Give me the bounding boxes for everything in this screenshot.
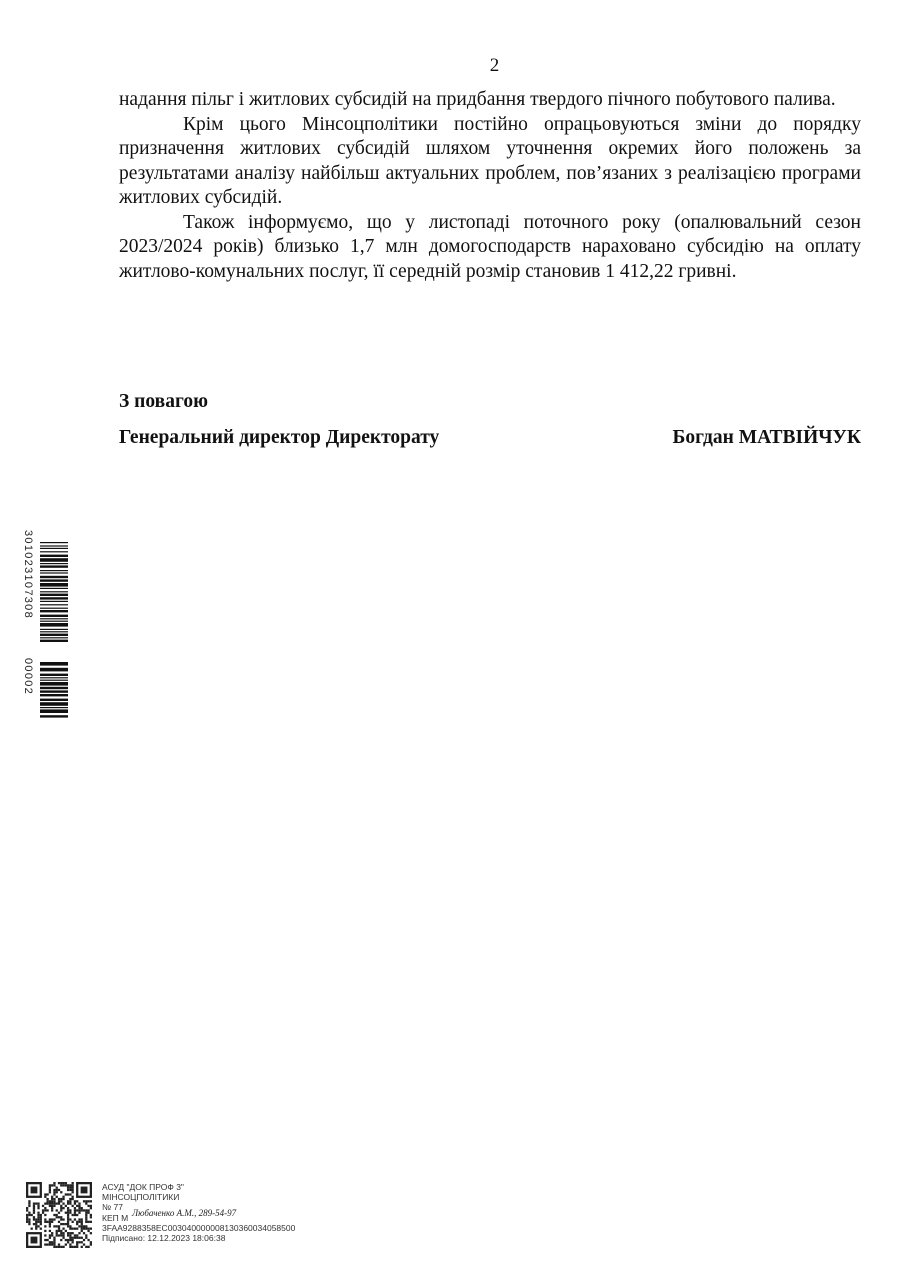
barcode-page-code: 00002 <box>22 658 34 695</box>
letter-body: надання пільг і житлових субсидій на при… <box>119 88 861 284</box>
closing-salutation: З повагою <box>119 390 208 414</box>
electronic-signature-stamp: АСУД "ДОК ПРОФ 3" МІНСОЦПОЛІТИКИ № 77 КЕ… <box>26 1182 322 1248</box>
paragraph-changes: Крім цього Мінсоцполітики постійно опрац… <box>119 113 861 211</box>
paragraph-continuation: надання пільг і житлових субсидій на при… <box>119 88 861 113</box>
executor-contact: Любаченко А.М., 289-54-97 <box>130 1208 238 1218</box>
signatory-position: Генеральний директор Директорату <box>119 426 439 450</box>
qr-code-icon <box>26 1182 92 1248</box>
stamp-signed-date: Підписано: 12.12.2023 18:06:38 <box>102 1233 322 1243</box>
signatory-name: Богдан МАТВІЙЧУК <box>672 426 861 450</box>
paragraph-statistics: Також інформуємо, що у листопаді поточно… <box>119 211 861 285</box>
stamp-system: АСУД "ДОК ПРОФ 3" <box>102 1182 322 1192</box>
signature-block: Генеральний директор Директорату Богдан … <box>119 426 861 450</box>
stamp-details: АСУД "ДОК ПРОФ 3" МІНСОЦПОЛІТИКИ № 77 КЕ… <box>102 1182 322 1248</box>
barcode-digits: 301023107308 00002 <box>22 530 36 720</box>
stamp-key-hash: 3FAA9288358EC003040000008130360034058500 <box>102 1223 322 1233</box>
page-number: 2 <box>42 55 905 77</box>
barcode-number: 301023107308 <box>22 530 34 619</box>
stamp-organization: МІНСОЦПОЛІТИКИ <box>102 1192 322 1202</box>
